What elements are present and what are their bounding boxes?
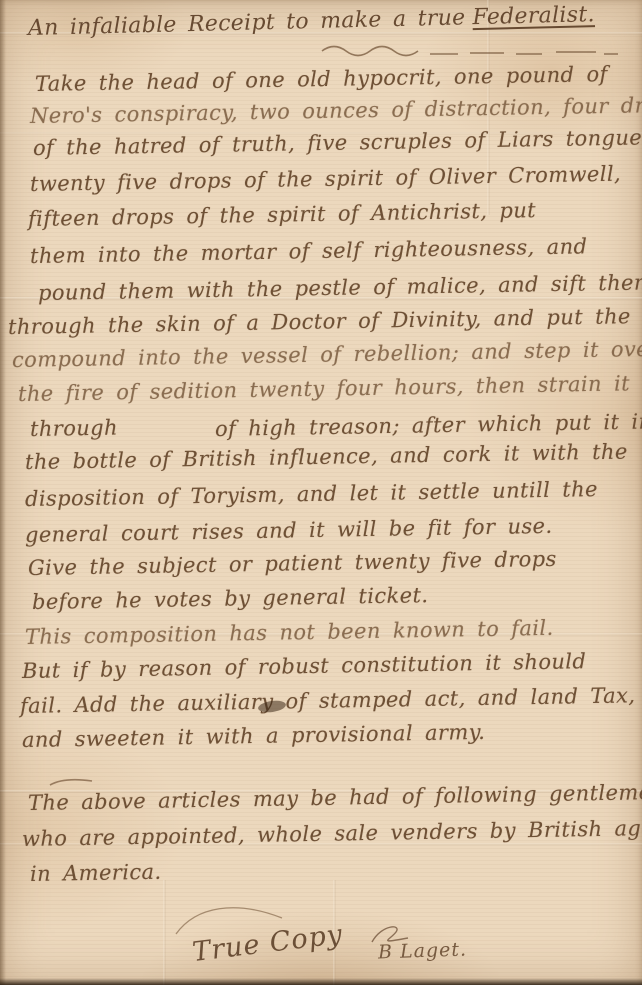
scan-edge-left <box>0 0 6 985</box>
manuscript-line: in America. <box>30 860 162 886</box>
pen-dash <box>48 776 94 788</box>
signature: B Laget. <box>378 938 468 963</box>
title-federalist-underlined: Federalist. <box>472 2 595 30</box>
scan-edge-bottom <box>0 978 642 985</box>
scanned-manuscript: An infaliable Receipt to make a trueFede… <box>0 0 642 985</box>
fold-crease <box>163 880 166 985</box>
flourish-underline <box>320 42 620 58</box>
manuscript-line: through <box>30 415 118 441</box>
